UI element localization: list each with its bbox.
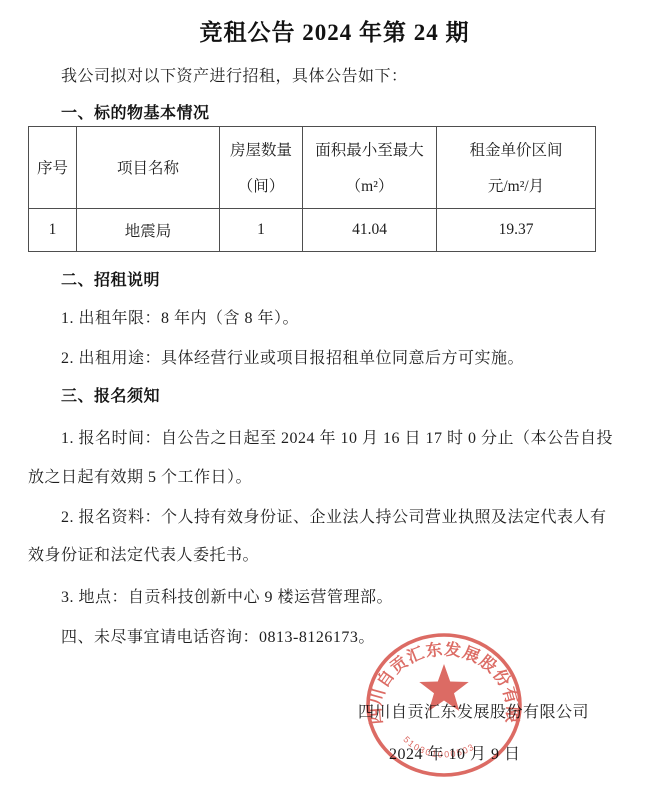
header-line: 租金单价区间 [469,138,562,160]
cell-index: 1 [29,209,77,252]
section-3-heading: 三、报名须知 [61,383,160,406]
col-header-rent-price: 租金单价区间 元/m²/月 [437,127,596,209]
cell-project-name: 地震局 [77,209,220,252]
signup-time-line-1: 1. 报名时间：自公告之日起至 2024 年 10 月 16 日 17 时 0 … [61,425,613,448]
signup-time-line-2: 放之日起有效期 5 个工作日）。 [28,464,252,487]
seal-number-text: 510301000503 [401,734,476,759]
header-line: 序号 [37,156,68,178]
page-title: 竞租公告 2024 年第 24 期 [0,14,669,47]
signup-materials-line-1: 2. 报名资料：个人持有效身份证、企业法人持公司营业执照及法定代表人有 [61,504,607,527]
signup-location-item: 3. 地点：自贡科技创新中心 9 楼运营管理部。 [61,584,393,607]
header-line: 项目名称 [117,156,179,178]
table-row: 1 地震局 1 41.04 19.37 [29,209,596,252]
section-2-heading: 二、招租说明 [61,267,160,290]
cell-area: 41.04 [303,209,437,252]
col-header-house-count: 房屋数量 （间） [220,127,303,209]
header-line: 面积最小至最大 [315,138,424,160]
rental-usage-item: 2. 出租用途：具体经营行业或项目报招租单位同意后方可实施。 [61,345,524,368]
asset-table: 序号 项目名称 房屋数量 （间） 面积最小至最大 （m²） [28,126,596,252]
header-line: （间） [238,174,285,196]
signup-materials-line-2: 效身份证和法定代表人委托书。 [28,542,259,565]
header-line: 元/m²/月 [488,174,544,196]
table-header-row: 序号 项目名称 房屋数量 （间） 面积最小至最大 （m²） [29,127,596,209]
header-line: 房屋数量 [230,138,292,160]
section-1-heading: 一、标的物基本情况 [61,100,210,123]
rental-term-item: 1. 出租年限：8 年内（含 8 年）。 [61,305,299,328]
section-4-contact-line: 四、未尽事宜请电话咨询：0813-8126173。 [61,624,375,647]
header-line: （m²） [346,174,394,196]
cell-price: 19.37 [437,209,596,252]
intro-paragraph: 我公司拟对以下资产进行招租，具体公告如下： [61,63,408,86]
document-page: 竞租公告 2024 年第 24 期 我公司拟对以下资产进行招租，具体公告如下： … [0,0,669,798]
col-header-index: 序号 [29,127,77,209]
company-seal-stamp: 四川自贡汇东发展股份有限公司 510301000503 [361,630,527,780]
seal-star-icon [419,664,468,711]
cell-house-count: 1 [220,209,303,252]
col-header-area-range: 面积最小至最大 （m²） [303,127,437,209]
col-header-project-name: 项目名称 [77,127,220,209]
